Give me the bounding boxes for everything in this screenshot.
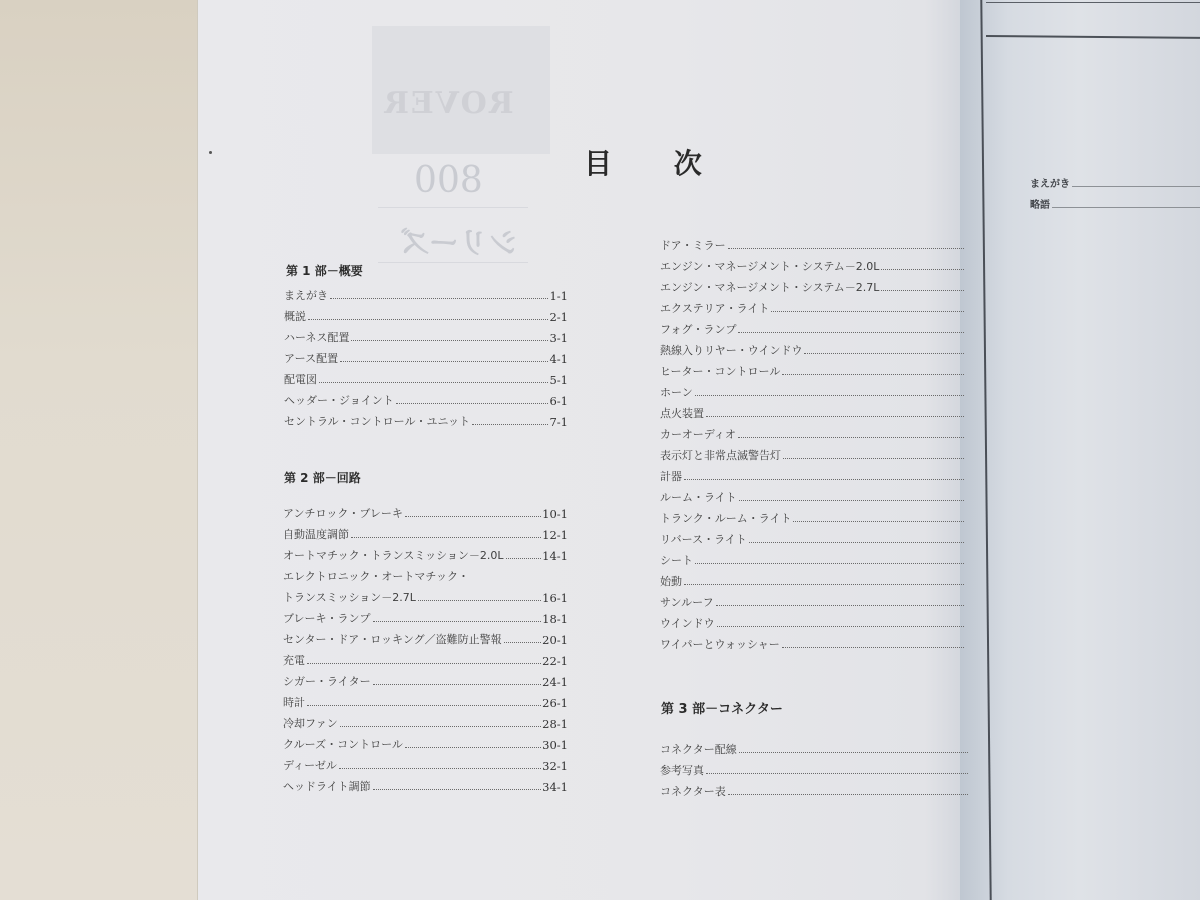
toc-entry[interactable]: まえがき1-1 — [284, 282, 568, 303]
toc-entry[interactable]: エンジン・マネージメント・システム－2.7L — [660, 274, 964, 295]
leader-dots — [351, 537, 541, 538]
leader-dots — [739, 752, 968, 753]
leader-dots — [749, 542, 964, 543]
leader-dots — [340, 726, 541, 727]
leader-dots — [307, 705, 541, 706]
facing-page — [960, 0, 1200, 900]
leader-dots — [706, 773, 968, 774]
leader-dots — [706, 416, 964, 417]
leader-dots — [373, 621, 542, 622]
leader-dots — [373, 789, 541, 790]
ghost-model: 800 — [414, 160, 483, 201]
leader-dots — [793, 521, 964, 522]
leader-dots — [504, 642, 541, 643]
section-heading-part3: 第 3 部－コネクター — [661, 698, 783, 717]
toc-entry[interactable]: 点火装置 — [660, 400, 964, 421]
toc-entry[interactable]: エクステリア・ライト — [660, 295, 964, 316]
toc-entry[interactable]: カーオーディオ — [660, 421, 964, 442]
leader-dots — [405, 747, 541, 748]
leader-dots — [695, 395, 964, 396]
toc-part2-continued-list: ドア・ミラー エンジン・マネージメント・システム－2.0L エンジン・マネージメ… — [660, 232, 964, 652]
toc-entry[interactable]: エレクトロニック・オートマチック・ — [283, 563, 568, 584]
toc-entry[interactable]: シート — [660, 547, 964, 568]
toc-part3-list: コネクター配線 参考写真 コネクター表 — [660, 736, 968, 799]
toc-entry[interactable]: トランスミッション－2.7L16-1 — [283, 584, 568, 605]
leader-dots — [782, 374, 964, 375]
toc-entry[interactable]: オートマチック・トランスミッション－2.0L14-1 — [283, 542, 568, 563]
toc-entry[interactable]: アンチロック・ブレーキ10-1 — [283, 500, 568, 521]
toc-entry[interactable]: リバース・ライト — [660, 526, 964, 547]
toc-entry[interactable]: 計器 — [660, 463, 964, 484]
toc-entry[interactable]: ルーム・ライト — [660, 484, 964, 505]
toc-entry[interactable]: サンルーフ — [660, 589, 964, 610]
toc-entry[interactable]: 概説2-1 — [284, 303, 568, 324]
leader-line — [1072, 186, 1200, 187]
facing-toc-entry[interactable]: まえがき — [1030, 175, 1200, 190]
leader-dots — [418, 600, 541, 601]
ghost-series: シリーズ — [400, 218, 519, 262]
leader-dots — [339, 768, 541, 769]
leader-dots — [881, 269, 964, 270]
leader-dots — [783, 458, 964, 459]
toc-entry[interactable]: 充電22-1 — [283, 647, 568, 668]
toc-entry[interactable]: ウインドウ — [660, 610, 964, 631]
toc-entry[interactable]: アース配置4-1 — [284, 345, 568, 366]
toc-entry[interactable]: ヘッダー・ジョイント6-1 — [284, 387, 568, 408]
toc-entry[interactable]: コネクター配線 — [660, 736, 968, 757]
leader-dots — [506, 558, 542, 559]
leader-dots — [717, 626, 964, 627]
toc-entry[interactable]: エンジン・マネージメント・システム－2.0L — [660, 253, 964, 274]
leader-dots — [728, 794, 968, 795]
leader-dots — [716, 605, 964, 606]
toc-entry[interactable]: フォグ・ランプ — [660, 316, 964, 337]
toc-part1-list: まえがき1-1 概説2-1 ハーネス配置3-1 アース配置4-1 配電図5-1 … — [284, 282, 568, 429]
toc-entry[interactable]: セントラル・コントロール・ユニット7-1 — [284, 408, 568, 429]
leader-dots — [771, 311, 964, 312]
toc-entry[interactable]: 時計26-1 — [283, 689, 568, 710]
leader-dots — [319, 382, 548, 383]
toc-entry[interactable]: 自動温度調節12-1 — [283, 521, 568, 542]
facing-toc-entry[interactable]: 略語 — [1030, 196, 1200, 211]
toc-part2-list: アンチロック・ブレーキ10-1 自動温度調節12-1 オートマチック・トランスミ… — [283, 500, 568, 794]
toc-entry[interactable]: ハーネス配置3-1 — [284, 324, 568, 345]
section-heading-part1: 第 1 部－概要 — [286, 262, 363, 279]
toc-entry[interactable]: 冷却ファン28-1 — [283, 710, 568, 731]
toc-entry[interactable]: ヒーター・コントロール — [660, 358, 964, 379]
leader-dots — [782, 647, 964, 648]
leader-dots — [373, 684, 541, 685]
leader-dots — [684, 479, 964, 480]
leader-dots — [881, 290, 964, 291]
leader-dots — [351, 340, 548, 341]
toc-entry[interactable]: 表示灯と非常点滅警告灯 — [660, 442, 964, 463]
leader-dots — [728, 248, 964, 249]
leader-dots — [739, 500, 964, 501]
toc-entry[interactable]: ディーゼル32-1 — [283, 752, 568, 773]
leader-dots — [804, 353, 964, 354]
toc-entry[interactable]: ブレーキ・ランプ18-1 — [283, 605, 568, 626]
leader-dots — [738, 332, 964, 333]
page-speck — [209, 151, 212, 154]
toc-entry[interactable]: ドア・ミラー — [660, 232, 964, 253]
leader-dots — [396, 403, 549, 404]
toc-entry[interactable]: ワイパーとウォッシャー — [660, 631, 964, 652]
leader-dots — [330, 298, 548, 299]
toc-entry[interactable]: シガー・ライター24-1 — [283, 668, 568, 689]
leader-dots — [684, 584, 964, 585]
toc-entry[interactable]: ヘッドライト調節34-1 — [283, 773, 568, 794]
ghost-mid-text — [383, 440, 389, 461]
toc-entry[interactable]: コネクター表 — [660, 778, 968, 799]
toc-entry[interactable]: 配電図5-1 — [284, 366, 568, 387]
leader-dots — [308, 319, 548, 320]
toc-entry[interactable]: センター・ドア・ロッキング／盗難防止警報20-1 — [283, 626, 568, 647]
page-title: 目 次 — [584, 142, 728, 182]
background-surface — [0, 0, 200, 900]
toc-entry[interactable]: クルーズ・コントロール30-1 — [283, 731, 568, 752]
leader-dots — [738, 437, 964, 438]
leader-line — [1052, 207, 1200, 208]
frame-border-top — [986, 2, 1200, 3]
toc-entry[interactable]: 熱線入りリヤー・ウインドウ — [660, 337, 964, 358]
toc-entry[interactable]: 始動 — [660, 568, 964, 589]
section-heading-part2: 第 2 部－回路 — [284, 469, 361, 486]
leader-dots — [307, 663, 541, 664]
toc-entry[interactable]: ホーン — [660, 379, 964, 400]
ghost-rule — [378, 262, 528, 263]
leader-dots — [472, 424, 548, 425]
leader-dots — [405, 516, 541, 517]
ghost-brand: ROVER — [382, 86, 514, 121]
ghost-rule — [378, 207, 528, 208]
toc-entry[interactable]: トランク・ルーム・ライト — [660, 505, 964, 526]
toc-entry[interactable]: 参考写真 — [660, 757, 968, 778]
leader-dots — [695, 563, 964, 564]
leader-dots — [340, 361, 548, 362]
